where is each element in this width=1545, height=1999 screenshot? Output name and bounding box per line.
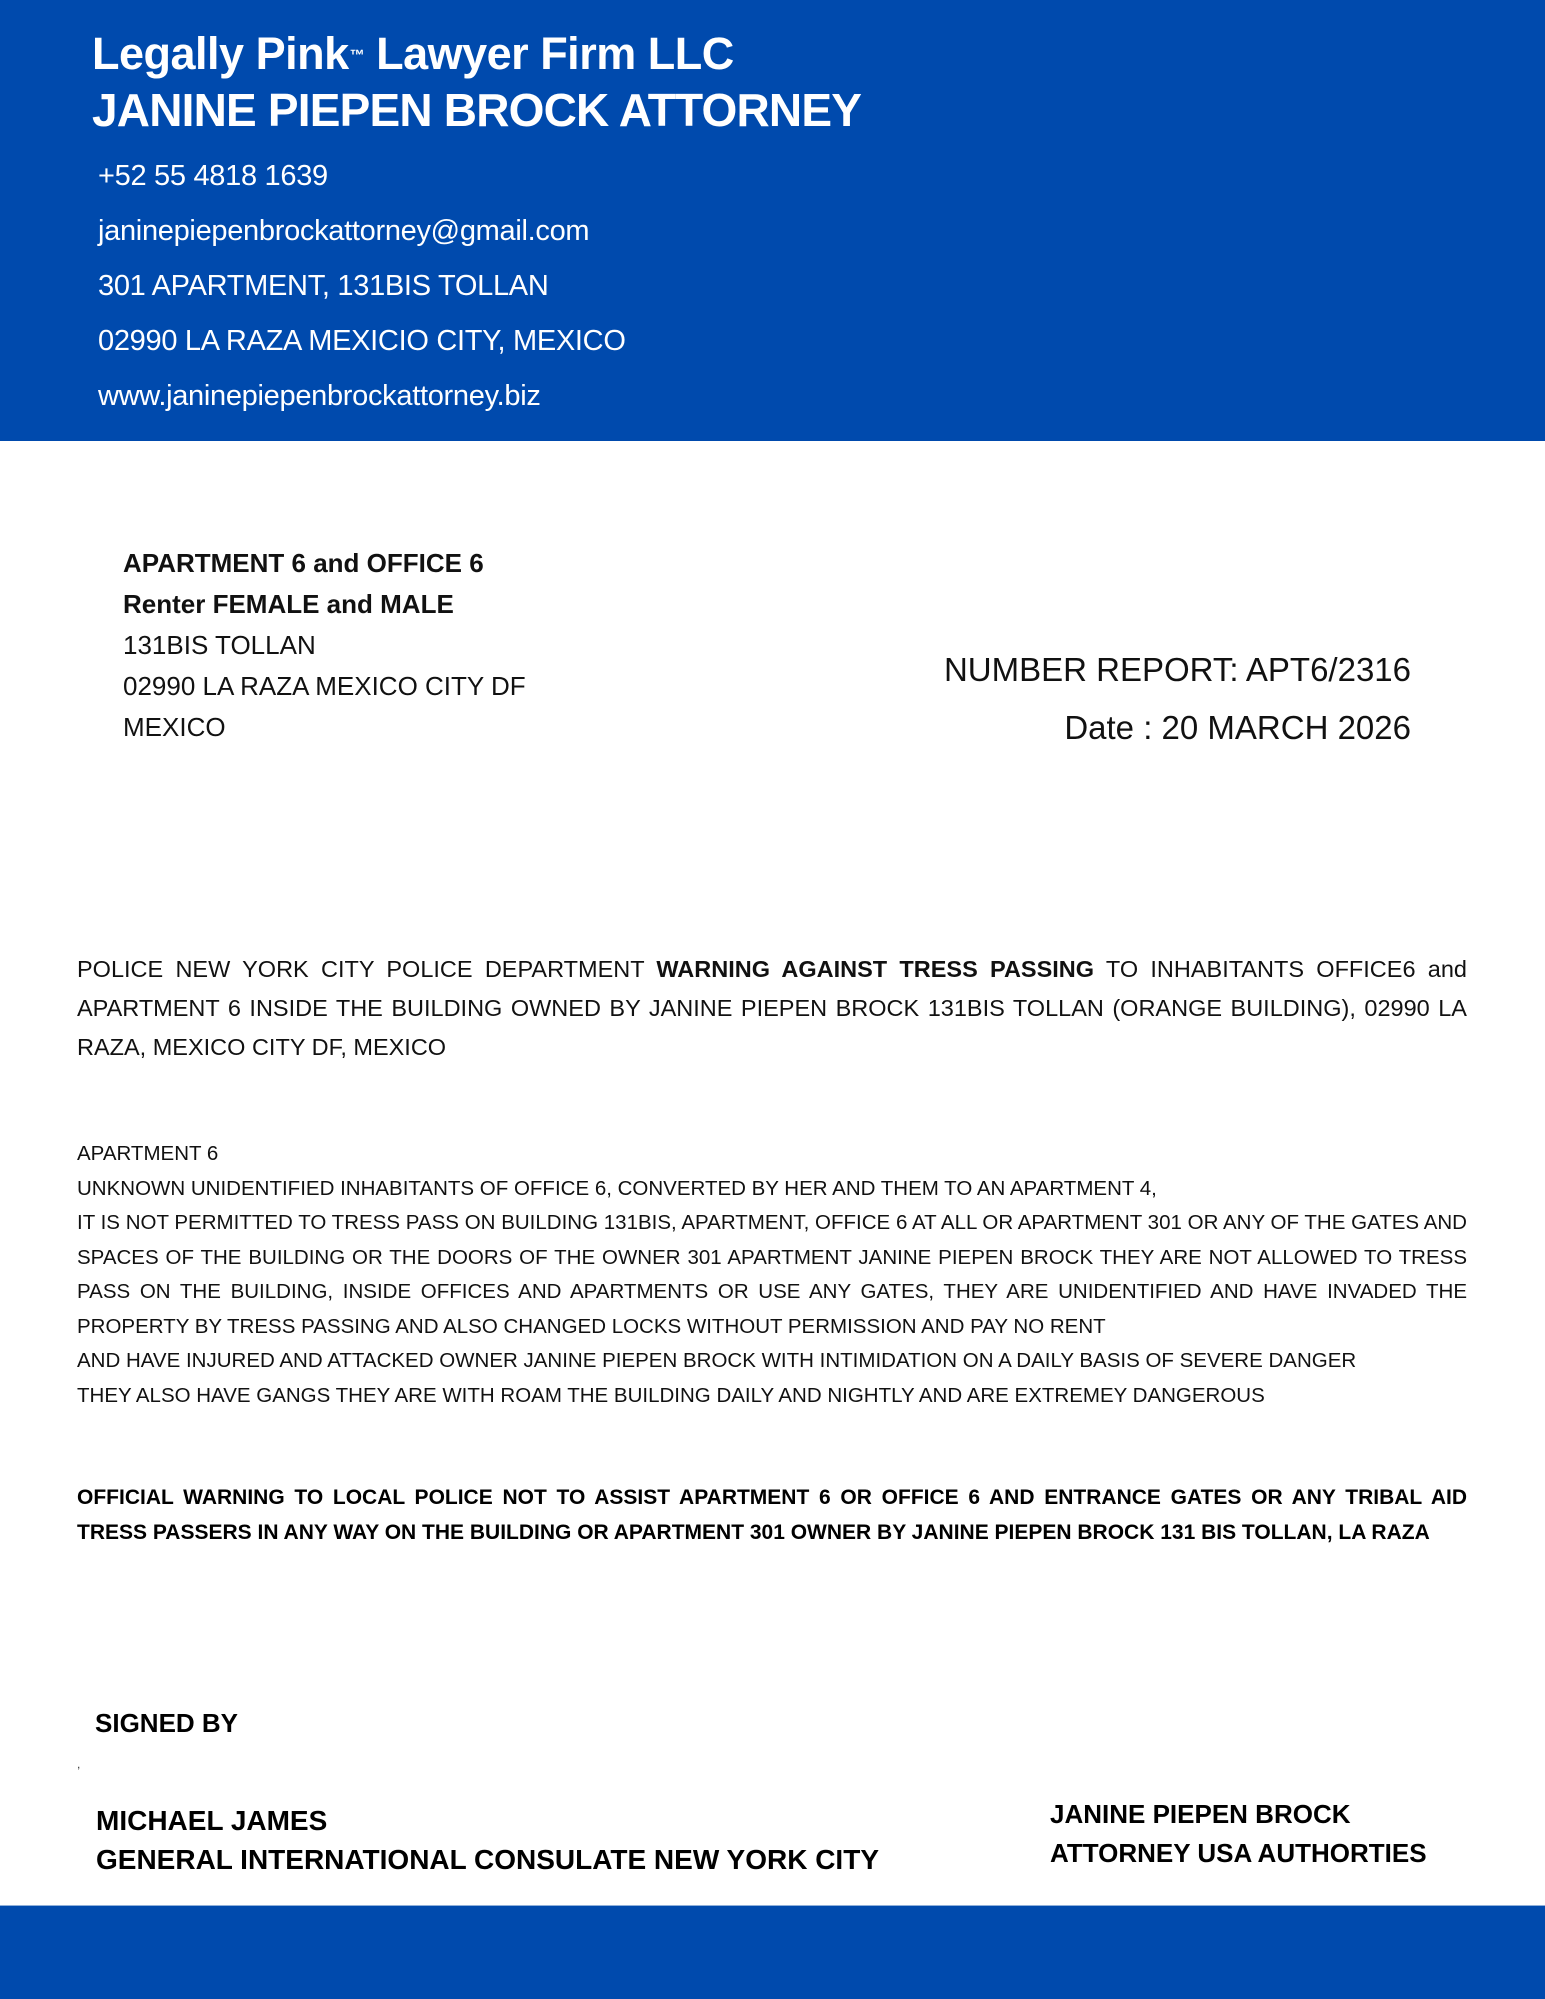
- report-date: Date : 20 MARCH 2026: [944, 699, 1411, 757]
- signer-right-name: JANINE PIEPEN BROCK: [1050, 1795, 1427, 1834]
- attorney-name: JANINE PIEPEN BROCK ATTORNEY: [92, 84, 861, 136]
- signer-right: JANINE PIEPEN BROCK ATTORNEY USA AUTHORT…: [1050, 1795, 1427, 1873]
- contact-website[interactable]: www.janinepiepenbrockattorney.biz: [98, 372, 626, 427]
- header-band: Legally Pink™ Lawyer Firm LLC JANINE PIE…: [0, 0, 1545, 441]
- signer-left-title: GENERAL INTERNATIONAL CONSULATE NEW YORK…: [96, 1840, 879, 1879]
- firm-name-suffix: Lawyer Firm LLC: [364, 28, 734, 79]
- signer-right-title: ATTORNEY USA AUTHORTIES: [1050, 1834, 1427, 1873]
- trademark-symbol: ™: [350, 47, 365, 64]
- body-paragraph: IT IS NOT PERMITTED TO TRESS PASS ON BUI…: [77, 1206, 1467, 1344]
- recipient-line1: APARTMENT 6 and OFFICE 6: [123, 543, 526, 584]
- firm-name: Legally Pink™ Lawyer Firm LLC: [92, 28, 734, 80]
- contact-email[interactable]: janinepiepenbrockattorney@gmail.com: [98, 207, 626, 262]
- recipient-line3: 131BIS TOLLAN: [123, 625, 526, 666]
- signer-left-name: MICHAEL JAMES: [96, 1801, 879, 1840]
- recipient-line2: Renter FEMALE and MALE: [123, 584, 526, 625]
- body-line1: UNKNOWN UNIDENTIFIED INHABITANTS OF OFFI…: [77, 1172, 1467, 1207]
- signer-left: MICHAEL JAMES GENERAL INTERNATIONAL CONS…: [96, 1801, 879, 1879]
- contact-list: +52 55 4818 1639 janinepiepenbrockattorn…: [98, 152, 626, 427]
- firm-name-main: Legally Pink: [92, 28, 349, 79]
- report-meta: NUMBER REPORT: APT6/2316 Date : 20 MARCH…: [944, 641, 1411, 757]
- intro-warning-title: WARNING AGAINST TRESS PASSING: [656, 956, 1094, 982]
- intro-paragraph: POLICE NEW YORK CITY POLICE DEPARTMENT W…: [77, 950, 1467, 1067]
- recipient-line4: 02990 LA RAZA MEXICO CITY DF: [123, 666, 526, 707]
- stray-mark: ,: [77, 1757, 80, 1771]
- contact-address-line2: 02990 LA RAZA MEXICIO CITY, MEXICO: [98, 317, 626, 372]
- footer-band: [0, 1905, 1545, 1999]
- recipient-block: APARTMENT 6 and OFFICE 6 Renter FEMALE a…: [123, 543, 526, 748]
- contact-address-line1: 301 APARTMENT, 131BIS TOLLAN: [98, 262, 626, 317]
- recipient-line5: MEXICO: [123, 707, 526, 748]
- intro-part1: POLICE NEW YORK CITY POLICE DEPARTMENT: [77, 956, 656, 982]
- official-warning: OFFICIAL WARNING TO LOCAL POLICE NOT TO …: [77, 1480, 1467, 1550]
- body-block: APARTMENT 6 UNKNOWN UNIDENTIFIED INHABIT…: [77, 1137, 1467, 1413]
- body-heading: APARTMENT 6: [77, 1137, 1467, 1172]
- signed-by-label: SIGNED BY: [95, 1708, 238, 1739]
- report-number: NUMBER REPORT: APT6/2316: [944, 641, 1411, 699]
- contact-phone: +52 55 4818 1639: [98, 152, 626, 207]
- body-line-injured: AND HAVE INJURED AND ATTACKED OWNER JANI…: [77, 1344, 1467, 1379]
- body-line-gangs: THEY ALSO HAVE GANGS THEY ARE WITH ROAM …: [77, 1379, 1467, 1414]
